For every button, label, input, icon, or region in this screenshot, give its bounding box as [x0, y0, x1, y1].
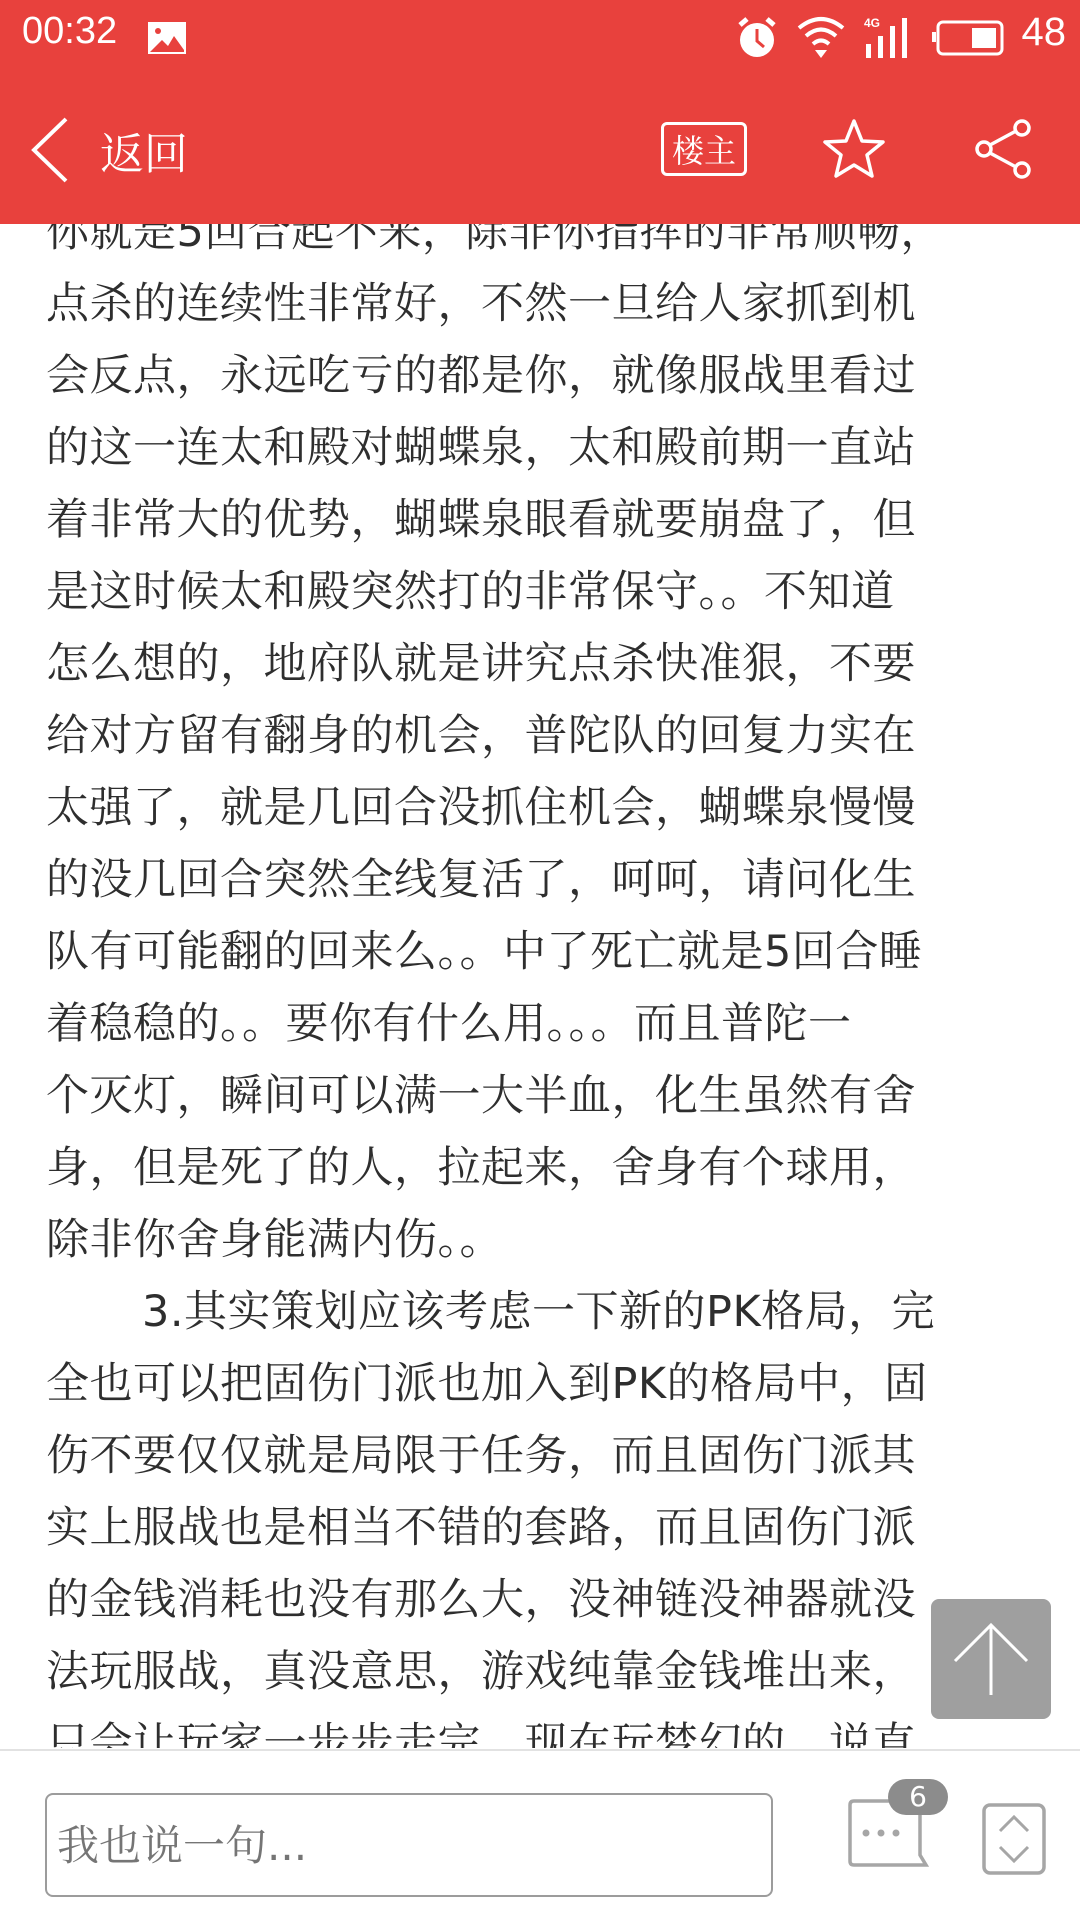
view-op-only-button[interactable]: 楼主 [661, 122, 747, 176]
back-button[interactable]: 返回 [30, 114, 188, 186]
post-line: 伤不要仅仅就是局限于任务，而且固伤门派其 [46, 1420, 1046, 1492]
post-body: 你就是5回合起不来，除非你指挥的非常顺畅， 点杀的连续性非常好，不然一旦给人家抓… [46, 196, 1046, 1748]
reply-input[interactable] [45, 1793, 773, 1897]
status-bar: 00:32 4G 48 [0, 0, 1080, 76]
post-line: 的这一连太和殿对蝴蝶泉，太和殿前期一直站 [46, 412, 1046, 484]
comment-count-badge: 6 [888, 1779, 948, 1815]
signal-4g-icon: 4G [864, 16, 920, 62]
post-line: 个灭灯，瞬间可以满一大半血，化生虽然有舍 [46, 1060, 1046, 1132]
post-line: 的金钱消耗也没有那么大，没神链没神器就没 [46, 1564, 1046, 1636]
share-button[interactable] [972, 118, 1036, 184]
scroll-to-top-button[interactable] [931, 1599, 1051, 1719]
alarm-icon [736, 16, 778, 64]
post-line: 队有可能翻的回来么。。中了死亡就是5回合睡 [46, 916, 1046, 988]
post-line: 着非常大的优势，蝴蝶泉眼看就要崩盘了，但 [46, 484, 1046, 556]
post-line: 点杀的连续性非常好，不然一旦给人家抓到机 [46, 268, 1046, 340]
svg-text:4G: 4G [864, 16, 880, 30]
op-only-label: 楼主 [672, 126, 736, 172]
back-label: 返回 [100, 118, 188, 182]
arrow-up-icon [931, 1599, 1051, 1719]
post-line: 全也可以把固伤门派也加入到PK的格局中，固 [46, 1348, 1046, 1420]
post-line: 会反点，永远吃亏的都是你，就像服战里看过 [46, 340, 1046, 412]
post-line: 法玩服战，真没意思，游戏纯靠金钱堆出来， [46, 1636, 1046, 1708]
page-nav-button[interactable] [982, 1803, 1046, 1873]
post-line: 只会让玩家一步步走完，现在玩梦幻的，说直 [46, 1708, 1046, 1748]
clock: 00:32 [22, 10, 117, 53]
share-icon [972, 118, 1036, 180]
battery-percent: 48 [1022, 10, 1067, 55]
favorite-button[interactable] [822, 118, 886, 184]
post-line: 身，但是死了的人，拉起来，舍身有个球用， [46, 1132, 1046, 1204]
wifi-icon [796, 14, 846, 62]
gallery-icon [148, 22, 186, 54]
post-line: 太强了，就是几回合没抓住机会，蝴蝶泉慢慢 [46, 772, 1046, 844]
post-line: 实上服战也是相当不错的套路，而且固伤门派 [46, 1492, 1046, 1564]
bottom-bar: 6 [0, 1749, 1080, 1920]
chevron-up-down-icon [982, 1803, 1046, 1875]
post-line: 给对方留有翻身的机会，普陀队的回复力实在 [46, 700, 1046, 772]
post-line: 3.其实策划应该考虑一下新的PK格局，完 [46, 1276, 1046, 1348]
post-line: 着稳稳的。。要你有什么用。。。而且普陀一 [46, 988, 1046, 1060]
chevron-left-icon [30, 117, 70, 183]
post-line: 的没几回合突然全线复活了，呵呵，请问化生 [46, 844, 1046, 916]
post-content: 你就是5回合起不来，除非你指挥的非常顺畅， 点杀的连续性非常好，不然一旦给人家抓… [0, 0, 1080, 1748]
battery-icon [932, 20, 1004, 60]
star-icon [822, 118, 886, 180]
post-line: 是这时候太和殿突然打的非常保守。。不知道 [46, 556, 1046, 628]
post-line: 除非你舍身能满内伤。。 [46, 1204, 1046, 1276]
post-line: 怎么想的，地府队就是讲究点杀快准狠，不要 [46, 628, 1046, 700]
app-bar: 返回 楼主 [0, 76, 1080, 224]
